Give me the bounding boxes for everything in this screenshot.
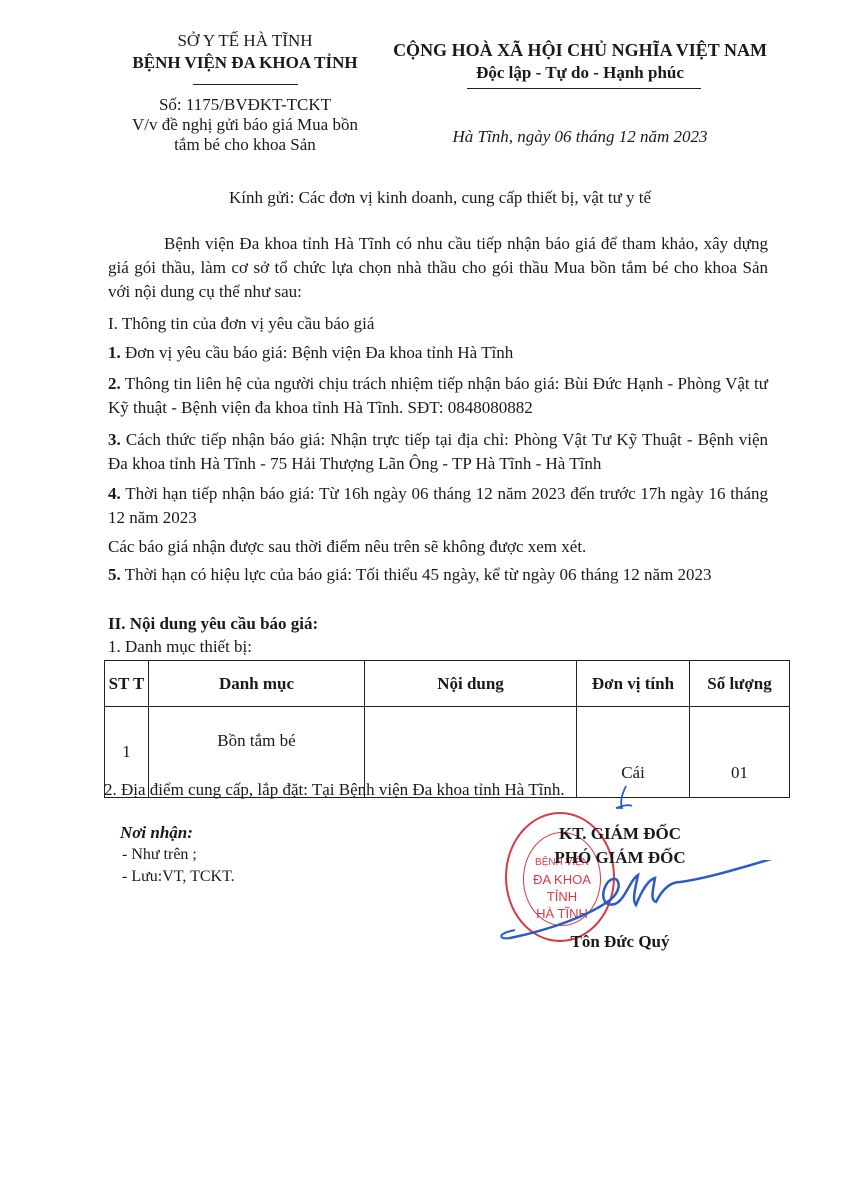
organization-name: BỆNH VIỆN ĐA KHOA TỈNH [100, 52, 390, 74]
info-item-number: 2. [108, 374, 121, 393]
recipients-title: Nơi nhận: [120, 822, 235, 844]
recipient-line: Kính gửi: Các đơn vị kinh doanh, cung cấ… [100, 186, 780, 210]
section1-title: I. Thông tin của đơn vị yêu cầu báo giá [108, 312, 768, 336]
national-header-block: CỘNG HOÀ XÃ HỘI CHỦ NGHĨA VIỆT NAM Độc l… [370, 38, 790, 84]
table-header-row: ST T Danh mục Nội dung Đơn vị tính Số lư… [105, 661, 790, 707]
delivery-location: 2. Địa điểm cung cấp, lắp đặt: Tại Bệnh … [104, 778, 764, 802]
info-item-3: 3. Cách thức tiếp nhận báo giá: Nhận trự… [108, 428, 768, 476]
agency-name: SỞ Y TẾ HÀ TĨNH [100, 30, 390, 52]
recipient-item: - Lưu:VT, TCKT. [120, 866, 235, 888]
col-header-qty: Số lượng [690, 661, 790, 707]
info-item-number: 5. [108, 565, 121, 584]
info-item-2: 2. Thông tin liên hệ của người chịu trác… [108, 372, 768, 420]
recipients-block: Nơi nhận: - Như trên ; - Lưu:VT, TCKT. [120, 822, 235, 888]
sign-title-line1: KT. GIÁM ĐỐC [520, 822, 720, 846]
info-item-number: 4. [108, 484, 121, 503]
info-item-text: Thông tin liên hệ của người chịu trách n… [108, 374, 768, 417]
header-left-rule [193, 84, 298, 85]
info-item-text: Thời hạn tiếp nhận báo giá: Từ 16h ngày … [108, 484, 768, 527]
nation-title: CỘNG HOÀ XÃ HỘI CHỦ NGHĨA VIỆT NAM [370, 38, 790, 62]
recipient-item: - Như trên ; [120, 844, 235, 866]
info-item-text: Cách thức tiếp nhận báo giá: Nhận trực t… [108, 430, 768, 473]
signer-name: Tôn Đức Quý [540, 932, 700, 952]
info-item-4: 4. Thời hạn tiếp nhận báo giá: Từ 16h ng… [108, 482, 768, 530]
section2-title: II. Nội dung yêu cầu báo giá: [108, 612, 768, 636]
doc-number: Số: 1175/BVĐKT-TCKT [100, 95, 390, 115]
info-item-text: Đơn vị yêu cầu báo giá: Bệnh viện Đa kho… [121, 343, 514, 362]
info-item-number: 3. [108, 430, 121, 449]
issuing-agency-block: SỞ Y TẾ HÀ TĨNH BỆNH VIỆN ĐA KHOA TỈNH [100, 30, 390, 74]
doc-subject-line1: V/v đề nghị gửi báo giá Mua bồn [100, 115, 390, 135]
info-item-text: Thời hạn có hiệu lực của báo giá: Tối th… [121, 565, 712, 584]
equipment-list-title: 1. Danh mục thiết bị: [108, 635, 768, 659]
doc-subject-line2: tắm bé cho khoa Sản [100, 135, 390, 155]
info-item-number: 1. [108, 343, 121, 362]
national-motto: Độc lập - Tự do - Hạnh phúc [370, 62, 790, 84]
col-header-content: Nội dung [365, 661, 577, 707]
col-header-item: Danh mục [149, 661, 365, 707]
place-date: Hà Tĩnh, ngày 06 tháng 12 năm 2023 [370, 127, 790, 147]
intro-paragraph: Bệnh viện Đa khoa tỉnh Hà Tĩnh có nhu cầ… [108, 232, 768, 304]
header-right-rule [467, 88, 701, 89]
col-header-unit: Đơn vị tính [577, 661, 690, 707]
late-notice: Các báo giá nhận được sau thời điểm nêu … [108, 535, 768, 559]
initial-mark-icon [612, 784, 636, 812]
doc-reference-block: Số: 1175/BVĐKT-TCKT V/v đề nghị gửi báo … [100, 95, 390, 155]
col-header-stt: ST T [105, 661, 149, 707]
info-item-5: 5. Thời hạn có hiệu lực của báo giá: Tối… [108, 563, 768, 587]
info-item-1: 1. Đơn vị yêu cầu báo giá: Bệnh viện Đa … [108, 341, 768, 365]
